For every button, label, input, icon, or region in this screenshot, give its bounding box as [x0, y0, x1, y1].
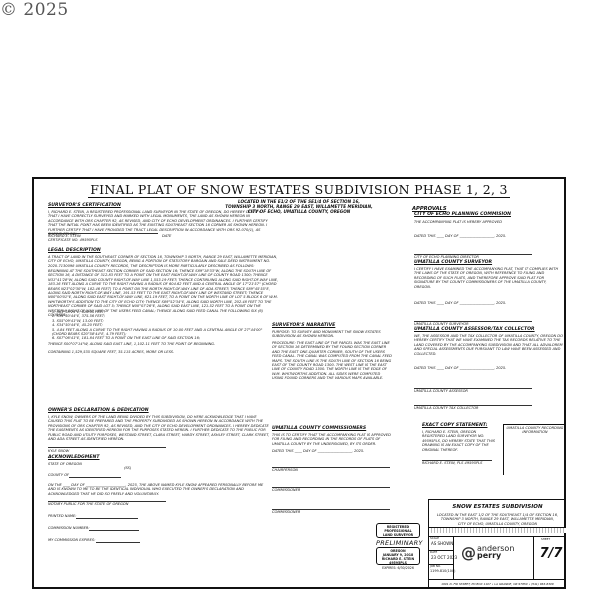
owner-declaration-heading: OWNER'S DECLARATION & DEDICATION — [48, 408, 149, 413]
county-surveyor-dated: DATED THIS ____ DAY OF _________________… — [414, 301, 506, 305]
tax-collector-label: UMATILLA COUNTY TAX COLLECTOR — [414, 406, 479, 410]
date-value: 23 OCT 2023 — [431, 555, 457, 560]
owner-signer: KYLE SNOW — [48, 449, 69, 453]
commissioners-heading: UMATILLA COUNTY COMMISSIONERS — [272, 426, 366, 431]
acknowledgment-heading: ACKNOWLEDGMENT — [48, 455, 100, 460]
ack-county-label: COUNTY OF — [48, 473, 69, 477]
company-logo-text: andersonperry — [477, 545, 514, 559]
anderson-perry-logo-icon: @ — [461, 544, 476, 562]
commission-number-label: COMMISSION NUMBER: — [48, 526, 90, 530]
assessor-dated: DATED THIS ____ DAY OF _________________… — [414, 366, 506, 370]
narrative-procedure: PROCEDURE: THE EAST LINE OF THE PARCEL W… — [272, 341, 392, 381]
preliminary-label: PRELIMINARY — [376, 539, 422, 547]
sheet-number: 7/7 — [535, 546, 567, 561]
title-block: SNOW ESTATES SUBDIVISION LOCATED IN THE … — [428, 499, 566, 589]
owner-declaration-body: I, KYLE SNOW, OWNERS OF THE LAND BEING D… — [48, 415, 270, 441]
chairperson-label: CHAIRPERSON — [272, 468, 298, 472]
subdivision-name: SNOW ESTATES SUBDIVISION — [429, 504, 566, 510]
county-surveyor-body: I CERTIFY I HAVE EXAMINED THE ACCOMPANYI… — [414, 267, 564, 289]
commission-number-field[interactable] — [89, 530, 139, 531]
company-address: 1901 N. FIR STREET, PO BOX 1107 • LA GRA… — [429, 579, 566, 586]
ack-ss: (SS) — [124, 466, 131, 470]
county-surveyor-heading: UMATILLA COUNTY SURVEYOR — [414, 260, 492, 265]
exact-copy-heading: EXACT COPY STATEMENT: — [422, 423, 488, 428]
printed-name-field[interactable] — [76, 518, 138, 519]
legal-containing: CONTAINING 1,529,535 SQUARE FEET, 35.115… — [48, 350, 280, 354]
commissioners-body: THIS IS TO CERTIFY THAT THE ACCOMPANYING… — [272, 433, 394, 446]
scale-value: AS SHOWN — [431, 541, 453, 546]
commission-expires-label: MY COMMISSION EXPIRES: — [48, 538, 95, 542]
surveyor-narrative-heading: SURVEYOR'S NARRATIVE — [272, 323, 335, 328]
commissioners-dated: DATED THIS ____ DAY OF _________________… — [272, 449, 364, 453]
surveyor-date-label: DATE — [162, 234, 171, 238]
commissioner-label-2: COMMISSIONER — [272, 510, 300, 514]
ack-state: STATE OF OREGON — [48, 462, 82, 466]
planning-commission-heading: CITY OF ECHO PLANNING COMMISION — [414, 212, 511, 217]
surveyor-stamp: REGISTEREDPROFESSIONALLAND SURVEYOR PREL… — [376, 523, 420, 583]
document-title: FINAL PLAT OF SNOW ESTATES SUBDIVISION P… — [34, 182, 564, 197]
legal-description-heading: LEGAL DESCRIPTION — [48, 248, 101, 253]
legal-courses: 1. S61°38'25"E, 616.05 FEET;2. S34°50'44… — [52, 310, 277, 341]
printed-name-label: PRINTED NAME: — [48, 514, 77, 518]
assessor-body: WE, THE ASSESSOR AND THE TAX COLLECTOR O… — [414, 334, 566, 356]
legal-intro: A TRACT OF LAND IN THE SOUTHEAST CORNER … — [48, 255, 280, 268]
assessor-heading: UMATILLA COUNTY ASSESSOR/TAX COLLECTOR — [414, 327, 535, 332]
exact-copy-body: I, RICHARD E. STEIN, OREGON REGISTERED L… — [422, 430, 498, 452]
narrative-purpose: PURPOSE: TO SURVEY AND MONUMENT THE SNOW… — [272, 330, 392, 339]
assessor-label: UMATILLA COUNTY ASSESSOR — [414, 389, 468, 393]
titleblock-location: LOCATED IN THE EAST 1/2 OF THE SOUTHEAST… — [431, 513, 564, 526]
plat-sheet: FINAL PLAT OF SNOW ESTATES SUBDIVISION P… — [32, 177, 566, 589]
job-number: 1199-810(100) — [430, 569, 455, 573]
county-surveyor-label: UMATILLA COUNTY SURVEYOR — [414, 322, 469, 326]
commissioner-label-1: COMMISSIONER — [272, 488, 300, 492]
exact-copy-signature: RICHARD E. STEIN, PLS 49595PLS — [422, 461, 482, 465]
commission-expires-field[interactable] — [96, 542, 140, 543]
planning-dated: DATED THIS ____ DAY OF _________________… — [414, 234, 506, 238]
ack-body: ON THE ____ DAY OF _____________________… — [48, 483, 270, 496]
planning-body: THE ACCOMPANYING PLAT IS HEREBY APPROVED — [414, 220, 502, 224]
legal-closing: THENCE S00°07'14"W, ALONG SAID EAST LINE… — [48, 342, 280, 346]
certificate-number: CERTIFICATE NO. 49595PLS — [48, 238, 98, 242]
copyright-watermark: © 2025 — [0, 0, 69, 20]
recording-info-box: UMATILLA COUNTY RECORDING INFORMATION — [503, 424, 566, 475]
surveyor-cert-heading: SURVEYOR'S CERTIFICATION — [48, 203, 121, 208]
notary-label: NOTARY PUBLIC FOR THE STATE OF OREGON — [48, 502, 128, 506]
planning-director-label: CITY OF ECHO PLANNING DIRECTOR — [414, 255, 479, 259]
